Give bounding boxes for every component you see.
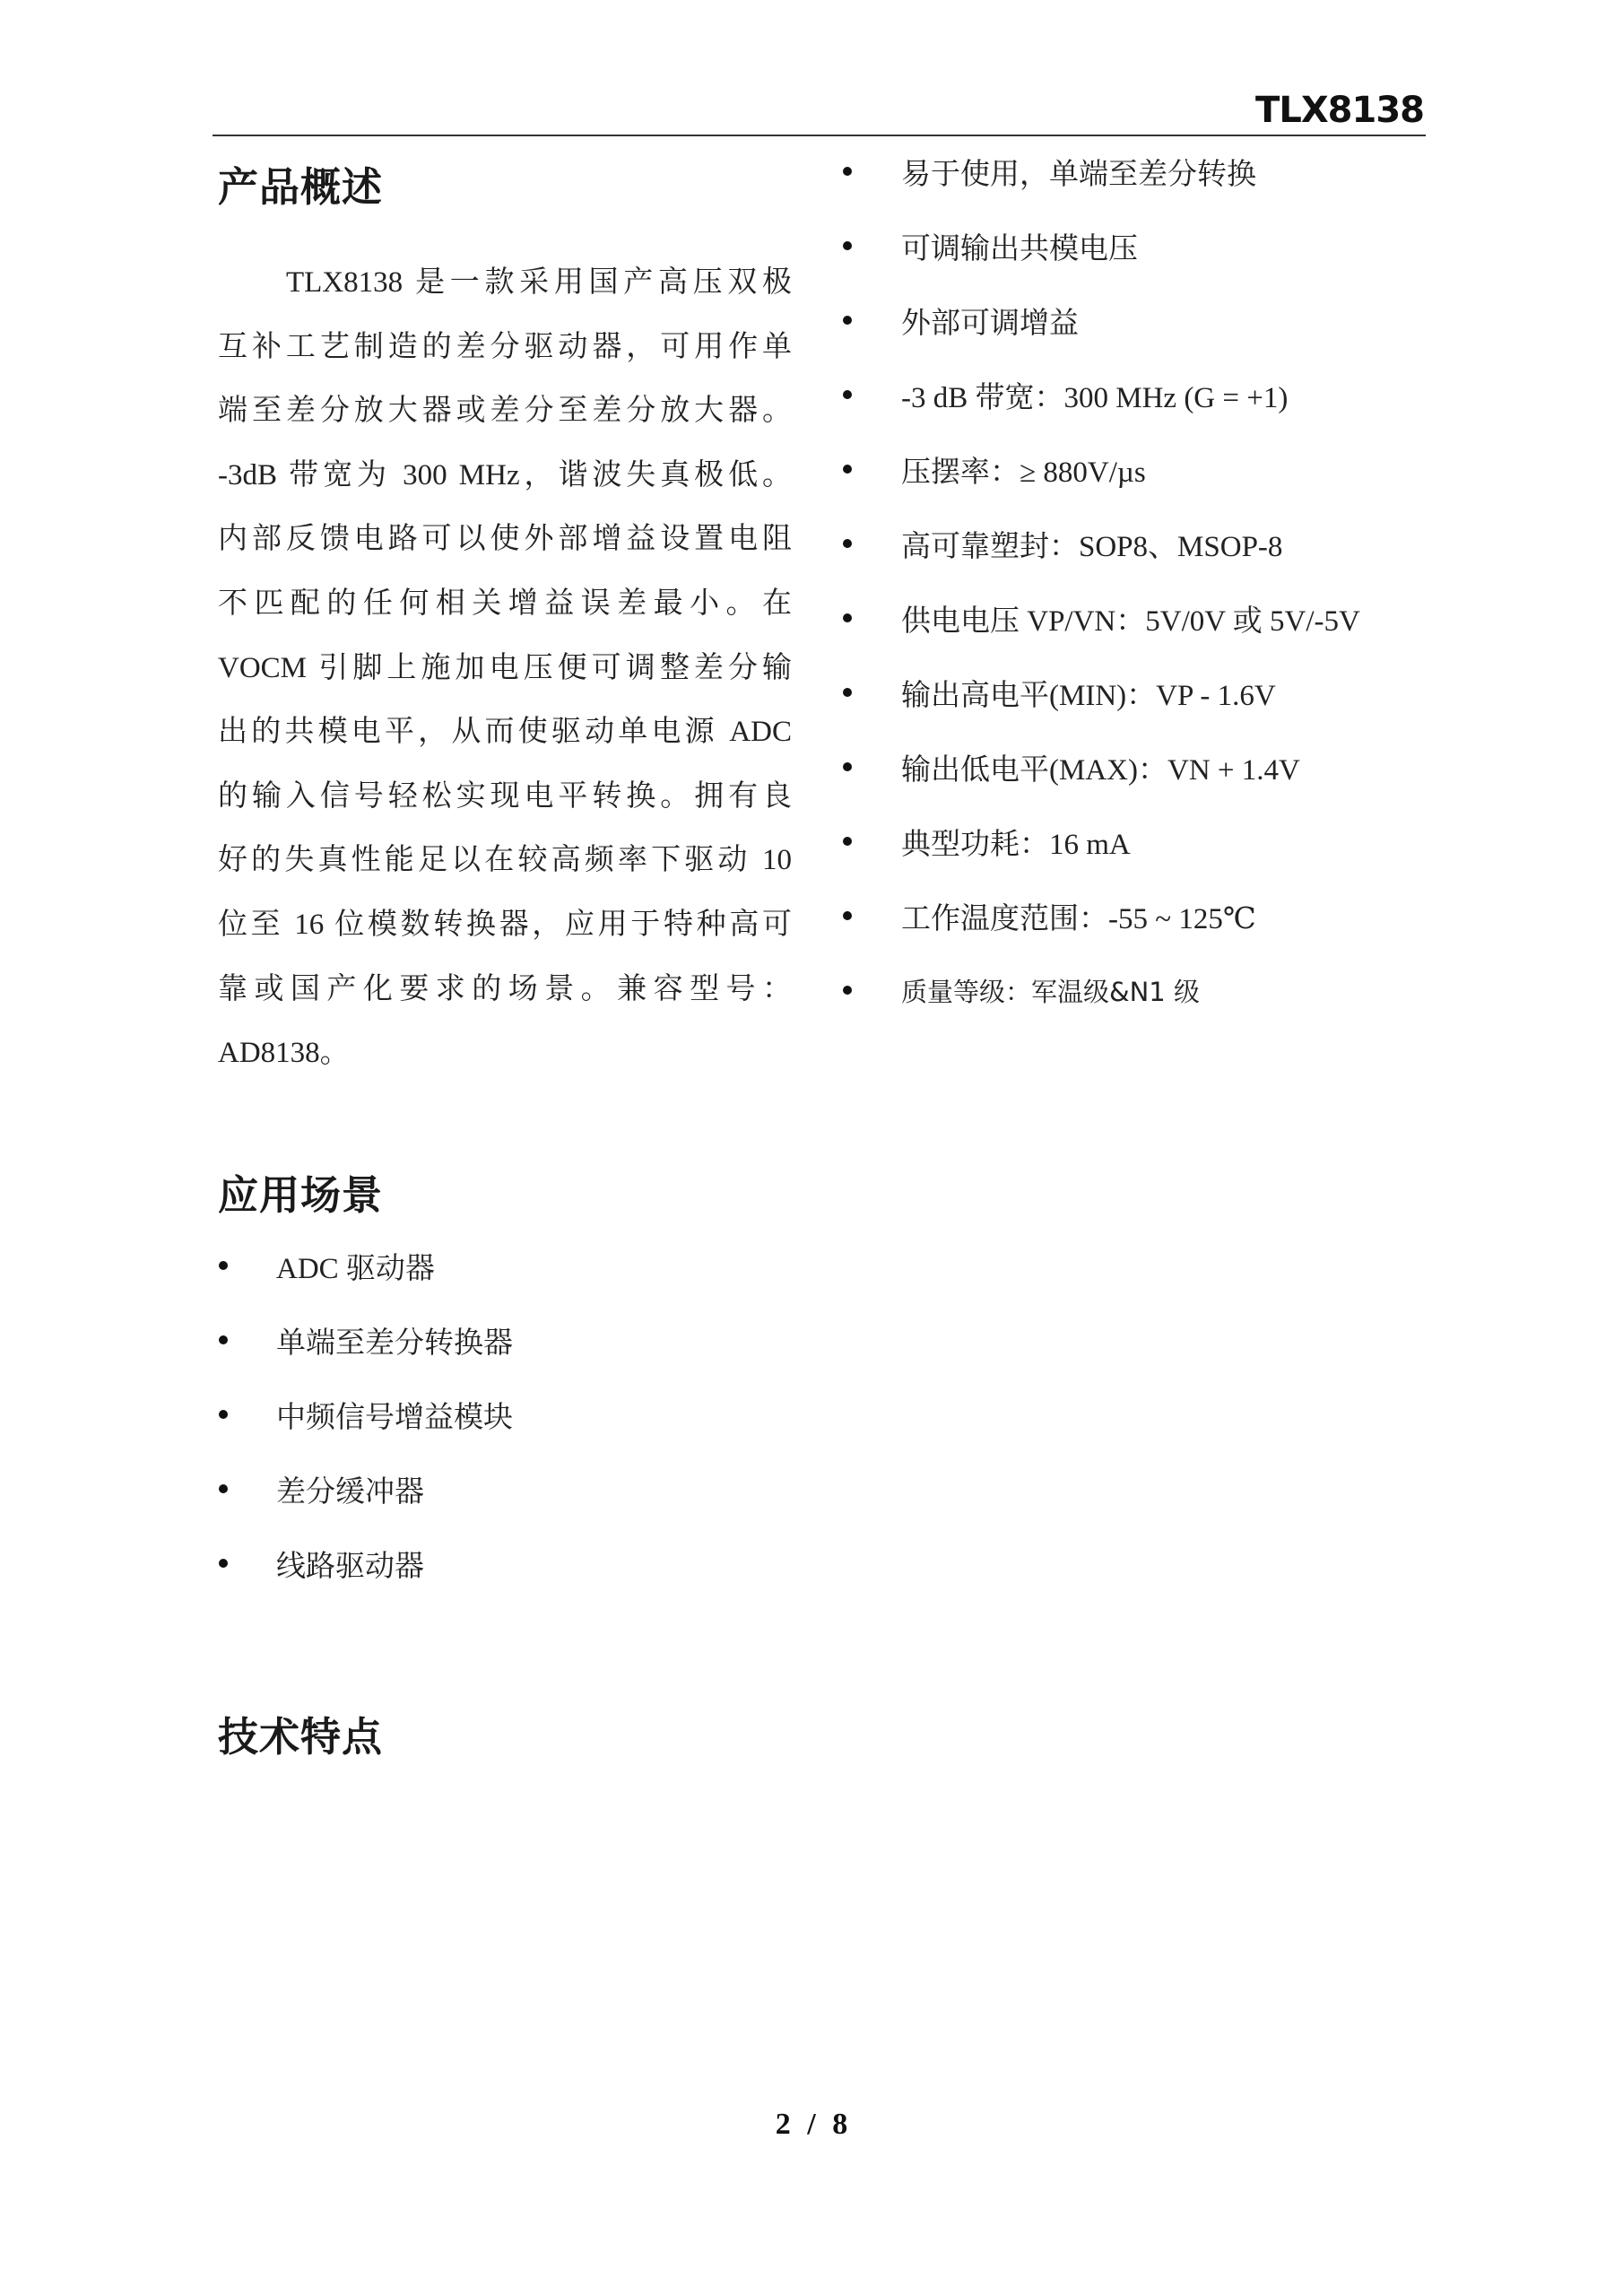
overview-line: VOCM 引脚上施加电压便可调整差分输	[218, 637, 792, 701]
overview-paragraph: TLX8138 是一款采用国产高压双极 互补工艺制造的差分驱动器，可用作单 端至…	[218, 251, 792, 1086]
bullet-icon	[843, 316, 852, 325]
bullet-icon	[219, 1410, 228, 1419]
overview-line: -3dB 带宽为 300 MHz，谐波失真极低。	[218, 444, 792, 509]
bullet-icon	[843, 167, 852, 176]
overview-line: AD8138。	[218, 1022, 792, 1086]
bullet-icon	[843, 688, 852, 697]
header-part-number: TLX8138	[1255, 90, 1424, 131]
overview-line: 不匹配的任何相关增益误差最小。在	[218, 572, 792, 637]
bullet-icon	[843, 539, 852, 548]
bullet-icon	[843, 911, 852, 920]
bullet-icon	[843, 390, 852, 399]
bullet-icon	[219, 1335, 228, 1344]
overview-line: 的输入信号轻松实现电平转换。拥有良	[218, 765, 792, 830]
page-number: 2 / 8	[0, 2108, 1623, 2142]
tech-features-heading: 技术特点	[218, 1704, 383, 1762]
bullet-icon	[843, 986, 852, 995]
applications-heading: 应用场景	[218, 1162, 383, 1221]
bullet-icon	[843, 762, 852, 771]
overview-line: 位至 16 位模数转换器，应用于特种高可	[218, 893, 792, 958]
overview-line: 靠或国产化要求的场景。兼容型号：	[218, 958, 792, 1022]
bullet-icon	[843, 613, 852, 622]
bullet-icon	[843, 837, 852, 846]
overview-line: 端至差分放大器或差分至差分放大器。	[218, 379, 792, 444]
overview-heading: 产品概述	[218, 154, 383, 213]
overview-line: 内部反馈电路可以使外部增益设置电阻	[218, 508, 792, 572]
header-divider	[213, 135, 1426, 136]
bullet-icon	[843, 241, 852, 250]
bullet-icon	[843, 465, 852, 474]
bullet-icon	[219, 1484, 228, 1493]
overview-line: 好的失真性能足以在较高频率下驱动 10	[218, 829, 792, 893]
overview-line: 互补工艺制造的差分驱动器，可用作单	[218, 316, 792, 380]
bullet-icon	[219, 1559, 228, 1568]
overview-line: TLX8138 是一款采用国产高压双极	[218, 251, 792, 316]
overview-line: 出的共模电平，从而使驱动单电源 ADC	[218, 700, 792, 765]
bullet-icon	[219, 1261, 228, 1270]
